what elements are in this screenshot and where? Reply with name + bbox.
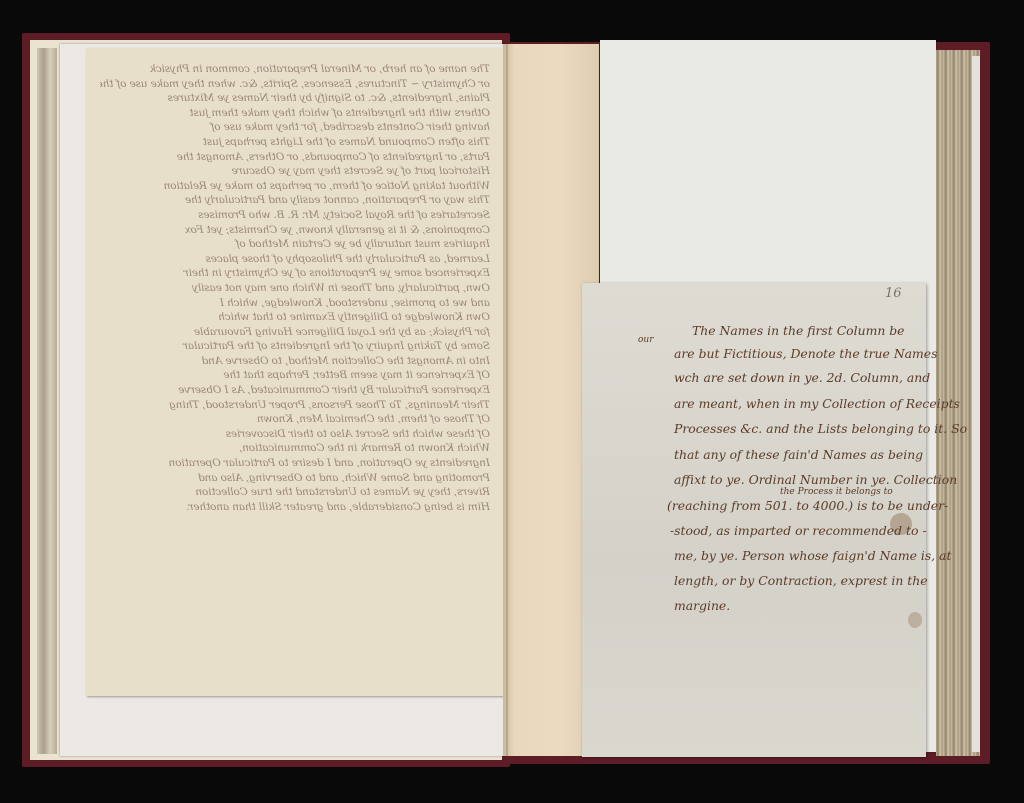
manuscript-line-5: Processes &c. and the Lists belonging to… bbox=[674, 421, 967, 436]
text-line: Rivers, they ye Names to Understand the … bbox=[100, 485, 490, 500]
folio-number: 16 bbox=[885, 286, 902, 301]
text-line: Of Experience it may seem Better, Perhap… bbox=[100, 368, 490, 383]
fore-edge-left bbox=[37, 48, 57, 754]
text-line: Experienced some ye Preparations of ye C… bbox=[100, 266, 490, 281]
text-line: Plains, Ingredients, &c. to Signify by t… bbox=[100, 91, 490, 106]
text-line: having their Contents described, for the… bbox=[100, 120, 490, 135]
text-line: Companions, & it is generally known, ye … bbox=[100, 223, 490, 238]
text-line: Inquiries must naturally be ye Certain M… bbox=[100, 237, 490, 252]
manuscript-line-12: margine. bbox=[674, 598, 730, 613]
interlinear-insertion-1: our bbox=[638, 335, 654, 345]
manuscript-line-8: (reaching from 501. to 4000.) is to be u… bbox=[667, 498, 948, 513]
manuscript-line-6: that any of these fain'd Names as being bbox=[674, 447, 923, 462]
interlinear-insertion-2: the Process it belongs to bbox=[780, 487, 893, 497]
text-line: Of Those of them, the Chemical Men, Know… bbox=[100, 412, 490, 427]
manuscript-line-11: length, or by Contraction, exprest in th… bbox=[674, 573, 928, 588]
text-line: or Chymistry ~ Tinctures, Essences, Spir… bbox=[100, 77, 490, 92]
text-line: Experience Particular By their Communica… bbox=[100, 383, 490, 398]
text-line: Which Known to Remark in the Communicati… bbox=[100, 441, 490, 456]
text-line: Into in Amongst the Collection Method, t… bbox=[100, 354, 490, 369]
fore-edge-right-inner bbox=[972, 56, 980, 752]
text-line: Others with the Ingredients of which the… bbox=[100, 106, 490, 121]
text-line: Learned, as Particularly the Philosophy … bbox=[100, 252, 490, 267]
manuscript-line-3: wch are set down in ye. 2d. Column, and bbox=[674, 370, 930, 385]
manuscript-line-4: are meant, when in my Collection of Rece… bbox=[674, 396, 960, 411]
text-line: The name of an herb, or Mineral Preparat… bbox=[100, 62, 490, 77]
text-line: Own, particularly, and Those in Which on… bbox=[100, 281, 490, 296]
manuscript-line-10: me, by ye. Person whose faign'd Name is,… bbox=[674, 548, 951, 563]
text-line: Him is being Considerable, and greater S… bbox=[100, 500, 490, 515]
text-line: Their Meanings, To Those Persons, Proper… bbox=[100, 398, 490, 413]
manuscript-line-9: -stood, as imparted or recommended to - bbox=[670, 523, 927, 538]
text-line: Historical part of ye Secrets they may y… bbox=[100, 164, 490, 179]
show-through-text: The name of an herb, or Mineral Preparat… bbox=[100, 62, 490, 590]
text-line: Without taking Notice of them, or perhap… bbox=[100, 179, 490, 194]
text-line: Parts, or Ingredients of Compounds, or O… bbox=[100, 150, 490, 165]
text-line: Of these which the Secret Also to their … bbox=[100, 427, 490, 442]
text-line: Some by Taking Inquiry of the Ingredient… bbox=[100, 339, 490, 354]
text-line: and we to promise, understood, Knowledge… bbox=[100, 296, 490, 311]
manuscript-line-1: The Names in the first Column be bbox=[692, 323, 905, 338]
spine-fold bbox=[506, 44, 508, 756]
text-line: Secretaries of the Royal Society, Mr. R.… bbox=[100, 208, 490, 223]
paper-stain bbox=[908, 612, 922, 628]
text-line: This often Compound Names of the Lights … bbox=[100, 135, 490, 150]
manuscript-line-2: are but Fictitious, Denote the true Name… bbox=[674, 346, 937, 361]
text-line: for Physick; as by the Loyal Diligence H… bbox=[100, 325, 490, 340]
text-line: Promoting and Some Which, and to Observi… bbox=[100, 471, 490, 486]
manuscript-line-7: affixt to ye. Ordinal Number in ye. Coll… bbox=[674, 472, 957, 487]
text-line: Own Knowledge to Diligently Examine to t… bbox=[100, 310, 490, 325]
text-line: This way or Preparation, cannot easily a… bbox=[100, 193, 490, 208]
text-line: Ingredients ye Operation, and I desire t… bbox=[100, 456, 490, 471]
